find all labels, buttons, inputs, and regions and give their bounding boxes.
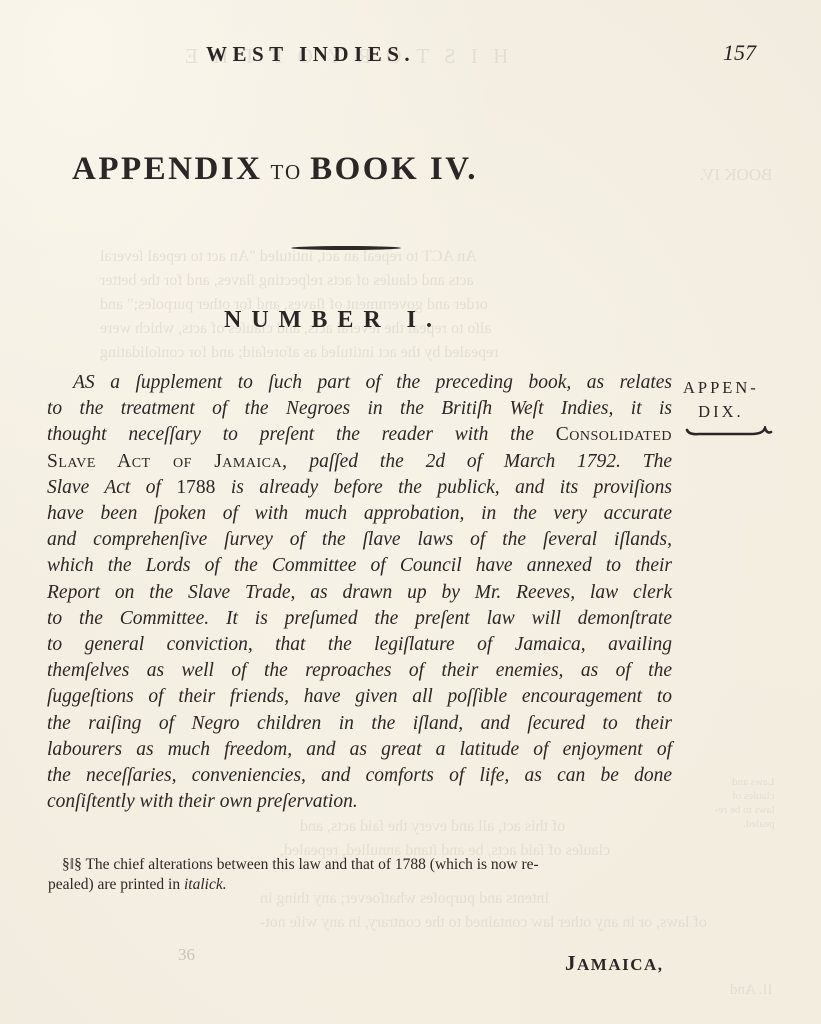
body-line: and comprehenſive ſurvey of the ſlave la… [47, 527, 672, 553]
footnote: §‖§ The chief alterations between this l… [62, 855, 687, 895]
bleed-through-text-9: of laws, or in any other law contained t… [260, 914, 707, 932]
footnote-line-1: §‖§ The chief alterations between this l… [62, 855, 687, 875]
bleed-through-text-2: acts and clauſes of acts reſpecting ſlav… [100, 272, 474, 290]
body-line: the neceſſaries, conveniencies, and comf… [47, 763, 672, 789]
catchword: JAMAICA, [565, 951, 664, 976]
bleed-through-text-5: repealed by the act intituled as aforeſa… [100, 344, 499, 362]
body-line: the raiſing of Negro children in the iſl… [47, 711, 672, 737]
act-title-smallcaps: Slave Act of Jamaica, [47, 451, 287, 472]
margin-note-line-2: DIX. [683, 400, 759, 424]
bleed-through-text-1: An ACT to repeal an act, intituled "An a… [100, 248, 477, 266]
section-heading: NUMBER I. [224, 307, 442, 334]
body-line: Slave Act of 1788 is already before the … [47, 475, 672, 501]
body-line: to the treatment of the Negroes in the B… [47, 396, 672, 422]
body-line: labourers as much freedom, and as great … [47, 737, 672, 763]
body-line: have been ſpoken of with much approbatio… [47, 501, 672, 527]
bleed-through-text-6: of this act, all and every the ſaid acts… [300, 818, 565, 836]
body-paragraph: AS a ſupplement to ſuch part of the prec… [47, 370, 672, 815]
body-line: which the Lords of the Committee of Coun… [47, 553, 672, 579]
margin-note-line-1: APPEN- [683, 376, 759, 400]
footnote-italic-word: italick. [184, 876, 227, 893]
title-to: TO [271, 160, 303, 184]
body-line: thought neceſſary to preſent the reader … [47, 422, 672, 448]
ornamental-rule [291, 246, 401, 250]
body-line: themſelves as well of the reproaches of … [47, 658, 672, 684]
bleed-through-margin-note: Laws andclauſes oflaws to be re-pealed. [715, 775, 775, 831]
title-book: BOOK IV. [310, 151, 478, 187]
body-line: to general conviction, that the legiſlat… [47, 632, 672, 658]
bleed-through-catchword: II. And [730, 982, 773, 999]
page-title: APPENDIXTOBOOK IV. [72, 151, 478, 188]
body-line: Report on the Slave Trade, as drawn up b… [47, 580, 672, 606]
body-line: AS a ſupplement to ſuch part of the prec… [47, 370, 672, 396]
flourish-ornament-icon [685, 426, 775, 438]
margin-note: APPEN- DIX. [683, 376, 759, 424]
body-line: ſuggeſtions of their friends, have given… [47, 684, 672, 710]
body-line: to the Committee. It is preſumed the pre… [47, 606, 672, 632]
faint-signature-mark: 36 [178, 945, 195, 965]
body-line: conſiſtently with their own preſervation… [47, 789, 672, 815]
running-head: WEST INDIES. [206, 42, 415, 67]
title-appendix: APPENDIX [72, 151, 263, 187]
page-number: 157 [723, 40, 756, 66]
footnote-line-2: pealed) are printed in italick. [48, 875, 687, 895]
bleed-through-book: BOOK IV. [700, 165, 772, 185]
consolidated-smallcaps: Consolidated [556, 424, 672, 445]
body-line: Slave Act of Jamaica, paſſed the 2d of M… [47, 449, 672, 475]
